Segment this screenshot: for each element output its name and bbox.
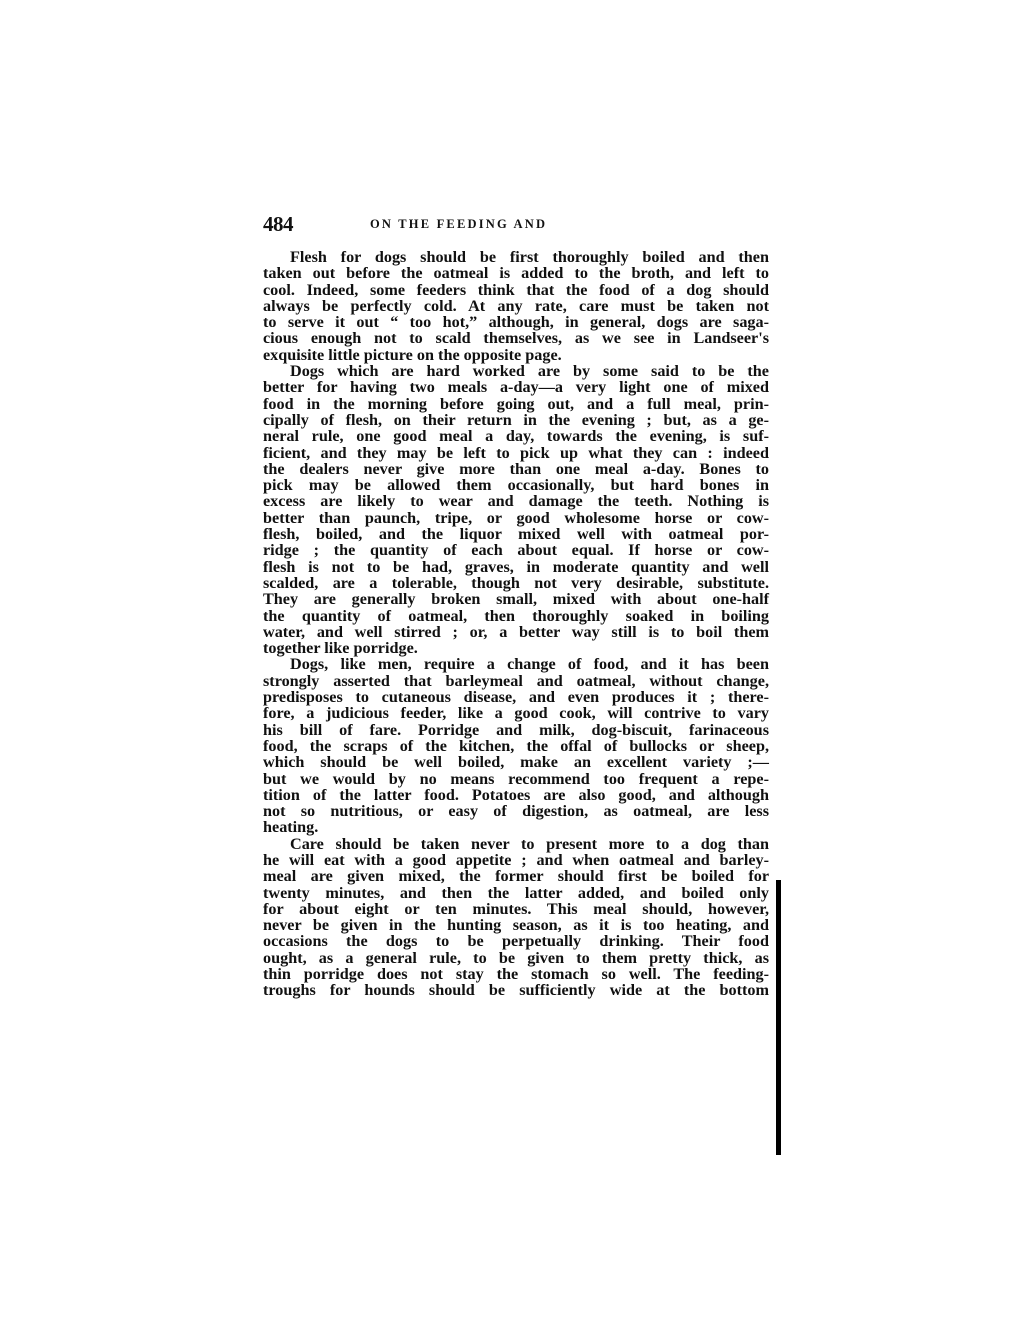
text-line: water, and well stirred ; or, a better w… (263, 624, 769, 640)
text-line: the quantity of oatmeal, then thoroughly… (263, 608, 769, 624)
text-line: better for having two meals a-day—a very… (263, 379, 769, 395)
text-line: troughs for hounds should be sufficientl… (263, 982, 769, 998)
text-line: occasions the dogs to be perpetually dri… (263, 933, 769, 949)
text-line: flesh, boiled, and the liquor mixed well… (263, 526, 769, 542)
text-line: twenty minutes, and then the latter adde… (263, 885, 769, 901)
text-line: ficient, and they may be left to pick up… (263, 445, 769, 461)
text-line: ridge ; the quantity of each about equal… (263, 542, 769, 558)
text-line: food, the scraps of the kitchen, the off… (263, 738, 769, 754)
text-line: Dogs which are hard worked are by some s… (263, 363, 769, 379)
text-line: fore, a judicious feeder, like a good co… (263, 705, 769, 721)
text-line: They are generally broken small, mixed w… (263, 591, 769, 607)
text-line: scalded, are a tolerable, though not ver… (263, 575, 769, 591)
text-line: exquisite little picture on the opposite… (263, 347, 769, 363)
text-line: heating. (263, 819, 769, 835)
text-line: which should be well boiled, make an exc… (263, 754, 769, 770)
text-line: better than paunch, tripe, or good whole… (263, 510, 769, 526)
text-line: never be given in the hunting season, as… (263, 917, 769, 933)
text-line: taken out before the oatmeal is added to… (263, 265, 769, 281)
text-line: Dogs, like men, require a change of food… (263, 656, 769, 672)
book-page: 484 ON THE FEEDING AND Flesh for dogs sh… (263, 206, 769, 999)
text-line: Care should be taken never to present mo… (263, 836, 769, 852)
text-line: pick may be allowed them occasionally, b… (263, 477, 769, 493)
text-line: neral rule, one good meal a day, towards… (263, 428, 769, 444)
text-line: cious enough not to scald themselves, as… (263, 330, 769, 346)
text-line: cipally of flesh, on their return in the… (263, 412, 769, 428)
text-line: excess are likely to wear and damage the… (263, 493, 769, 509)
body-text: Flesh for dogs should be first thoroughl… (263, 249, 769, 999)
page-number: 484 (263, 212, 293, 237)
text-line: not so nutritious, or easy of digestion,… (263, 803, 769, 819)
text-line: tition of the latter food. Potatoes are … (263, 787, 769, 803)
text-line: predisposes to cutaneous disease, and ev… (263, 689, 769, 705)
text-line: but we would by no means recommend too f… (263, 771, 769, 787)
text-line: thin porridge does not stay the stomach … (263, 966, 769, 982)
text-line: the dealers never give more than one mea… (263, 461, 769, 477)
text-line: always be perfectly cold. At any rate, c… (263, 298, 769, 314)
text-line: Flesh for dogs should be first thoroughl… (263, 249, 769, 265)
text-line: his bill of fare. Porridge and milk, dog… (263, 722, 769, 738)
text-line: meal are given mixed, the former should … (263, 868, 769, 884)
text-line: ought, as a general rule, to be given to… (263, 950, 769, 966)
text-line: flesh is not to be had, graves, in moder… (263, 559, 769, 575)
text-line: cool. Indeed, some feeders think that th… (263, 282, 769, 298)
text-line: to serve it out “ too hot,” although, in… (263, 314, 769, 330)
text-line: for about eight or ten minutes. This mea… (263, 901, 769, 917)
text-line: strongly asserted that barleymeal and oa… (263, 673, 769, 689)
margin-scan-bar (776, 880, 781, 1155)
text-line: food in the morning before going out, an… (263, 396, 769, 412)
page-header: 484 ON THE FEEDING AND (263, 206, 769, 236)
text-line: he will eat with a good appetite ; and w… (263, 852, 769, 868)
text-line: together like porridge. (263, 640, 769, 656)
running-head: ON THE FEEDING AND (370, 217, 547, 232)
